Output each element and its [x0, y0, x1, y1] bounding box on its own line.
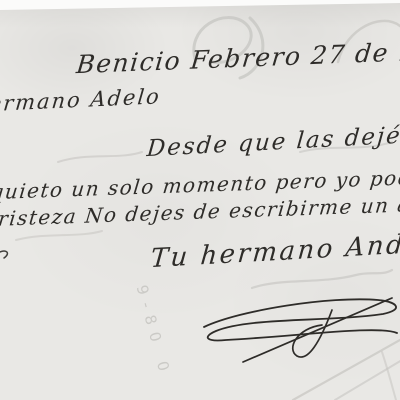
scanned-letter: Benicio Febrero 27 de 1854 ermano Adelo …: [0, 0, 400, 400]
signature-flourish: [0, 0, 400, 400]
